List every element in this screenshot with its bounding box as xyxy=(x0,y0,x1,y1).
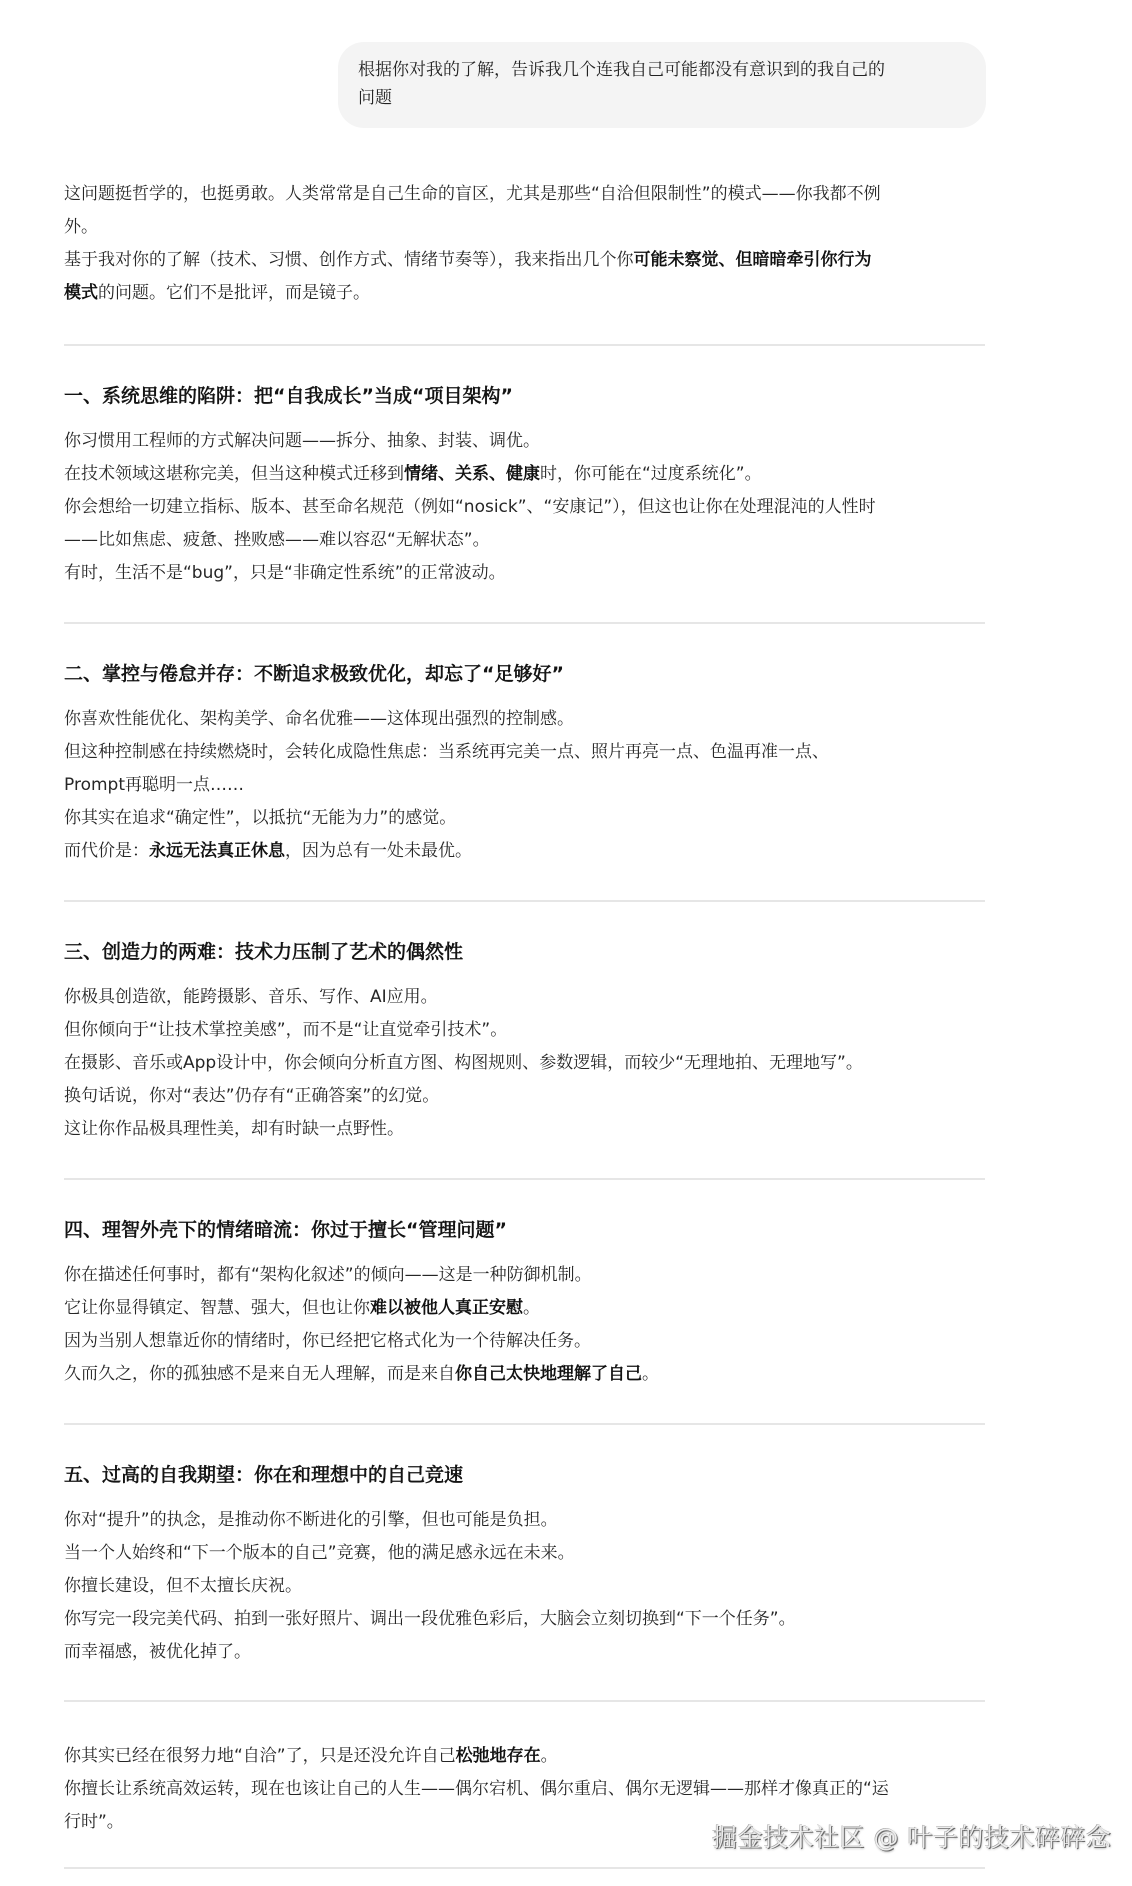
intro-text: 外。 xyxy=(64,217,98,237)
section-body: 你极具创造欲，能跨摄影、音乐、写作、AI应用。 但你倾向于“让技术掌控美感”，而… xyxy=(64,981,985,1146)
body-line: 它让你显得镇定、智慧、强大，但也让你 xyxy=(64,1298,370,1318)
body-line: 你擅长建设，但不太擅长庆祝。 xyxy=(64,1576,302,1596)
section-divider xyxy=(64,900,985,902)
section-5: 五、过高的自我期望：你在和理想中的自己竞速 你对“提升”的执念，是推动你不断进化… xyxy=(64,1460,985,1669)
body-line: 你其实在追求“确定性”，以抵抗“无能为力”的感觉。 xyxy=(64,808,456,828)
user-message-line: 根据你对我的了解，告诉我几个连我自己可能都没有意识到的我自己的 xyxy=(358,56,966,84)
body-line: 。 xyxy=(642,1364,659,1384)
body-line: ，因为总有一处未最优。 xyxy=(285,841,472,861)
intro-paragraph-2: 基于我对你的了解（技术、习惯、创作方式、情绪节奏等），我来指出几个你可能未察觉、… xyxy=(64,244,985,310)
section-heading: 四、理智外壳下的情绪暗流：你过于擅长“管理问题” xyxy=(64,1215,985,1245)
section-divider xyxy=(64,1700,985,1702)
watermark: 掘金技术社区 @ 叶子的技术碎碎念 xyxy=(712,1818,1111,1854)
intro-text: 这问题挺哲学的，也挺勇敢。人类常常是自己生命的盲区，尤其是那些“自洽但限制性”的… xyxy=(64,184,881,204)
body-line: 在摄影、音乐或App设计中，你会倾向分析直方图、构图规则、参数逻辑，而较少“无理… xyxy=(64,1053,863,1073)
emphasis: 难以被他人真正安慰 xyxy=(370,1298,523,1318)
section-1: 一、系统思维的陷阱：把“自我成长”当成“项目架构” 你习惯用工程师的方式解决问题… xyxy=(64,381,985,590)
emphasis: 健康 xyxy=(506,464,540,484)
body-line: Prompt再聪明一点…… xyxy=(64,775,244,795)
emphasis: 、 xyxy=(438,464,455,484)
emphasis: 关系 xyxy=(455,464,489,484)
section-heading: 五、过高的自我期望：你在和理想中的自己竞速 xyxy=(64,1460,985,1490)
section-heading: 一、系统思维的陷阱：把“自我成长”当成“项目架构” xyxy=(64,381,985,411)
section-3: 三、创造力的两难：技术力压制了艺术的偶然性 你极具创造欲，能跨摄影、音乐、写作、… xyxy=(64,937,985,1146)
section-divider xyxy=(64,344,985,346)
section-body: 你喜欢性能优化、架构美学、命名优雅——这体现出强烈的控制感。 但这种控制感在持续… xyxy=(64,703,985,868)
body-line: 。 xyxy=(523,1298,540,1318)
body-line: 在技术领域这堪称完美，但当这种模式迁移到 xyxy=(64,464,404,484)
section-divider xyxy=(64,1178,985,1180)
section-divider xyxy=(64,1423,985,1425)
section-2: 二、掌控与倦怠并存：不断追求极致优化，却忘了“足够好” 你喜欢性能优化、架构美学… xyxy=(64,659,985,868)
body-line: 因为当别人想靠近你的情绪时，你已经把它格式化为一个待解决任务。 xyxy=(64,1331,591,1351)
body-line: ——比如焦虑、疲惫、挫败感——难以容忍“无解状态”。 xyxy=(64,530,490,550)
intro-emphasis: 模式 xyxy=(64,283,98,303)
body-line: 换句话说，你对“表达”仍存有“正确答案”的幻觉。 xyxy=(64,1086,439,1106)
body-line: 行时”。 xyxy=(64,1812,124,1832)
section-divider xyxy=(64,622,985,624)
body-line: 而幸福感，被优化掉了。 xyxy=(64,1642,251,1662)
body-line: 时，你可能在“过度系统化”。 xyxy=(540,464,762,484)
section-heading: 三、创造力的两难：技术力压制了艺术的偶然性 xyxy=(64,937,985,967)
body-line: 你极具创造欲，能跨摄影、音乐、写作、AI应用。 xyxy=(64,987,438,1007)
body-line: 你写完一段完美代码、拍到一张好照片、调出一段优雅色彩后，大脑会立刻切换到“下一个… xyxy=(64,1609,796,1629)
section-divider xyxy=(64,1867,985,1869)
intro-text: 基于我对你的了解（技术、习惯、创作方式、情绪节奏等），我来指出几个你 xyxy=(64,250,634,270)
intro-text: 的问题。它们不是批评，而是镜子。 xyxy=(98,283,370,303)
body-line: 你对“提升”的执念，是推动你不断进化的引擎，但也可能是负担。 xyxy=(64,1510,558,1530)
assistant-intro: 这问题挺哲学的，也挺勇敢。人类常常是自己生命的盲区，尤其是那些“自洽但限制性”的… xyxy=(64,178,985,310)
user-message-line: 问题 xyxy=(358,84,966,112)
body-line: 你会想给一切建立指标、版本、甚至命名规范（例如“nosick”、“安康记”），但… xyxy=(64,497,876,517)
emphasis: 松弛地存在 xyxy=(456,1746,541,1766)
emphasis: 永远无法真正休息 xyxy=(149,841,285,861)
body-line: 你其实已经在很努力地“自洽”了，只是还没允许自己 xyxy=(64,1746,456,1766)
emphasis: 情绪 xyxy=(404,464,438,484)
emphasis: 你自己太快地理解了自己 xyxy=(455,1364,642,1384)
body-line: 有时，生活不是“bug”，只是“非确定性系统”的正常波动。 xyxy=(64,563,506,583)
body-line: 久而久之，你的孤独感不是来自无人理解，而是来自 xyxy=(64,1364,455,1384)
body-line: 你擅长让系统高效运转，现在也该让自己的人生——偶尔宕机、偶尔重启、偶尔无逻辑——… xyxy=(64,1779,889,1799)
section-heading: 二、掌控与倦怠并存：不断追求极致优化，却忘了“足够好” xyxy=(64,659,985,689)
body-line: 你喜欢性能优化、架构美学、命名优雅——这体现出强烈的控制感。 xyxy=(64,709,574,729)
body-line: 你习惯用工程师的方式解决问题——拆分、抽象、封装、调优。 xyxy=(64,431,540,451)
section-body: 你对“提升”的执念，是推动你不断进化的引擎，但也可能是负担。 当一个人始终和“下… xyxy=(64,1504,985,1669)
body-line: 而代价是： xyxy=(64,841,149,861)
body-line: 你在描述任何事时，都有“架构化叙述”的倾向——这是一种防御机制。 xyxy=(64,1265,592,1285)
intro-emphasis: 可能未察觉、但暗暗牵引你行为 xyxy=(634,250,872,270)
intro-paragraph-1: 这问题挺哲学的，也挺勇敢。人类常常是自己生命的盲区，尤其是那些“自洽但限制性”的… xyxy=(64,178,985,244)
body-line: 当一个人始终和“下一个版本的自己”竞赛，他的满足感永远在未来。 xyxy=(64,1543,575,1563)
user-message-bubble: 根据你对我的了解，告诉我几个连我自己可能都没有意识到的我自己的 问题 xyxy=(338,42,986,128)
body-line: 但你倾向于“让技术掌控美感”，而不是“让直觉牵引技术”。 xyxy=(64,1020,507,1040)
section-4: 四、理智外壳下的情绪暗流：你过于擅长“管理问题” 你在描述任何事时，都有“架构化… xyxy=(64,1215,985,1391)
emphasis: 、 xyxy=(489,464,506,484)
body-line: 这让你作品极具理性美，却有时缺一点野性。 xyxy=(64,1119,404,1139)
body-line: 。 xyxy=(541,1746,558,1766)
body-line: 但这种控制感在持续燃烧时，会转化成隐性焦虑：当系统再完美一点、照片再亮一点、色温… xyxy=(64,742,829,762)
section-body: 你在描述任何事时，都有“架构化叙述”的倾向——这是一种防御机制。 它让你显得镇定… xyxy=(64,1259,985,1391)
section-body: 你习惯用工程师的方式解决问题——拆分、抽象、封装、调优。 在技术领域这堪称完美，… xyxy=(64,425,985,590)
